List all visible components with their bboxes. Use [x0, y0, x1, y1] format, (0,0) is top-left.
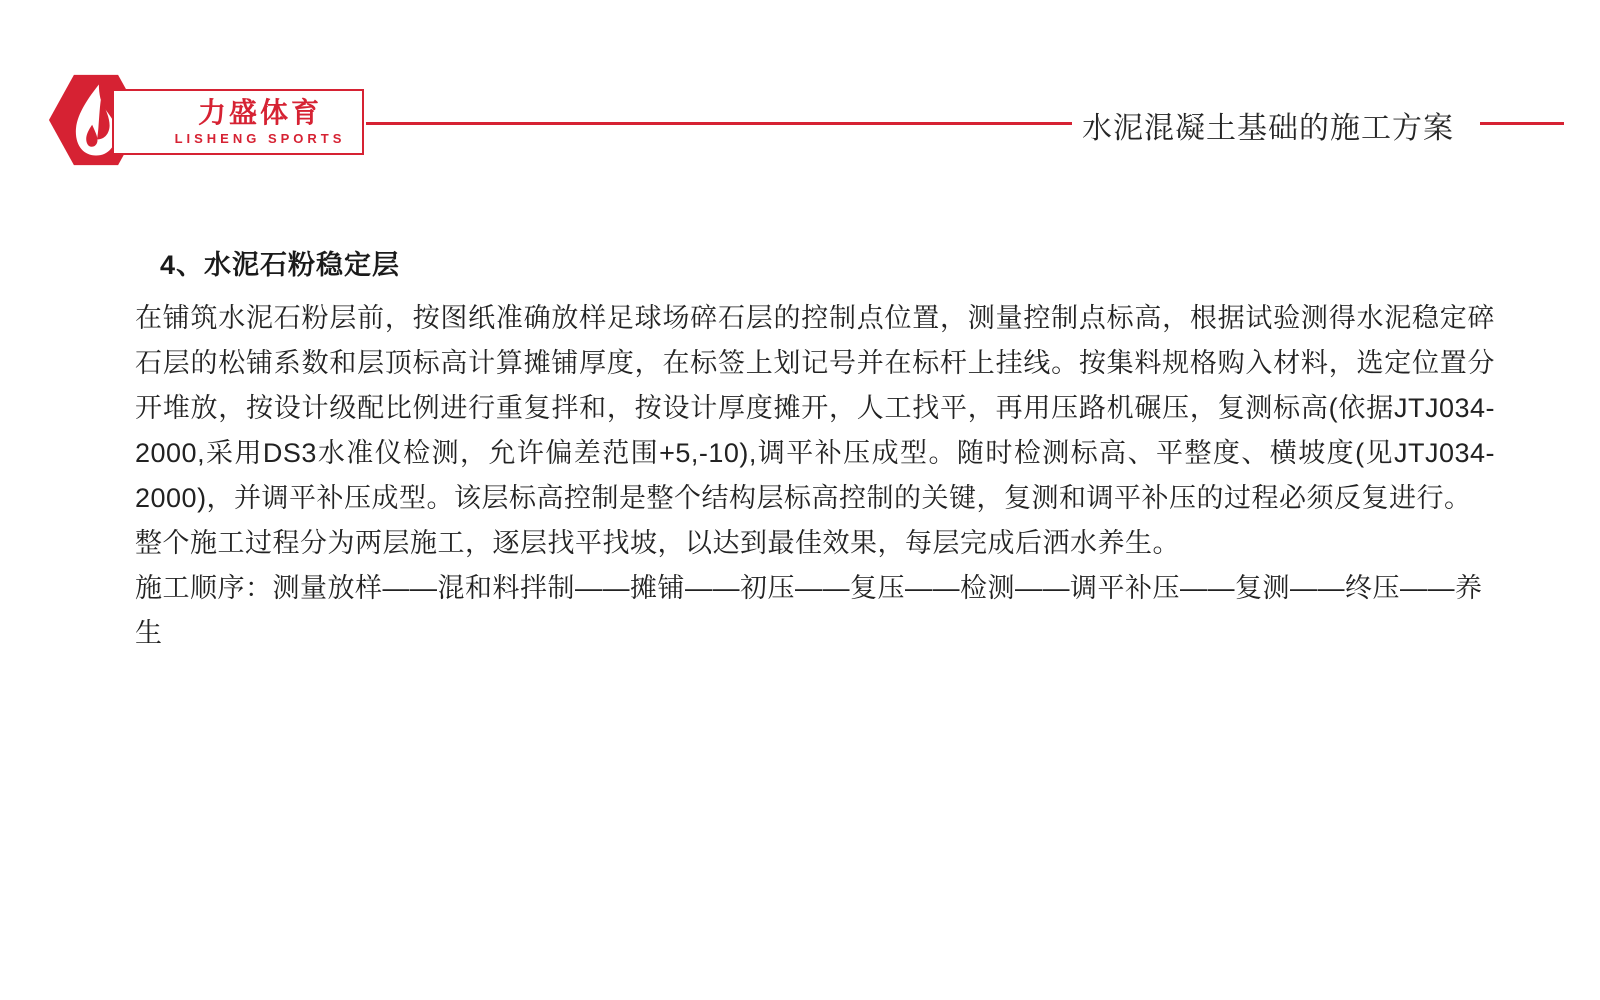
page-title: 水泥混凝土基础的施工方案 [1082, 103, 1454, 147]
paragraph-construction-sequence: 施工顺序：测量放样——混和料拌制——摊铺——初压——复压——检测——调平补压——… [135, 566, 1495, 656]
header-rule-left [366, 122, 1072, 125]
content-area: 4、水泥石粉稳定层 在铺筑水泥石粉层前，按图纸准确放样足球场碎石层的控制点位置，… [135, 243, 1495, 656]
paragraph-construction-detail: 在铺筑水泥石粉层前，按图纸准确放样足球场碎石层的控制点位置，测量控制点标高，根据… [135, 296, 1495, 521]
section-heading: 4、水泥石粉稳定层 [160, 243, 1495, 282]
paragraph-two-layer-note: 整个施工过程分为两层施工，逐层找平找坡，以达到最佳效果，每层完成后洒水养生。 [135, 521, 1495, 566]
slide: 力盛体育 LISHENG SPORTS 水泥混凝土基础的施工方案 4、水泥石粉稳… [0, 0, 1600, 1000]
brand-logo-box: 力盛体育 LISHENG SPORTS [112, 89, 364, 155]
header-rule-right [1480, 122, 1564, 125]
brand-name-en: LISHENG SPORTS [175, 131, 346, 146]
brand-name-cn: 力盛体育 [198, 98, 322, 129]
